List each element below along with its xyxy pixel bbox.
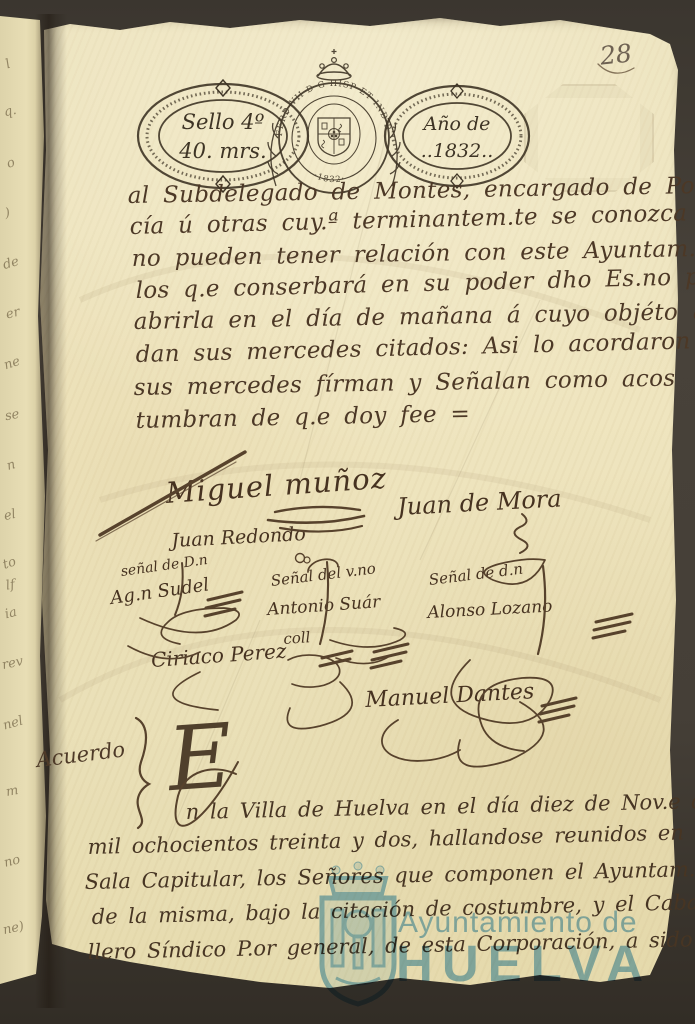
huelva-crest-watermark-icon <box>312 858 404 1012</box>
scanned-manuscript-page: l q. o ) de er ne se n el to lf ia rev n… <box>0 0 695 1024</box>
watermark-text-huelva: HUELVA <box>396 934 652 993</box>
